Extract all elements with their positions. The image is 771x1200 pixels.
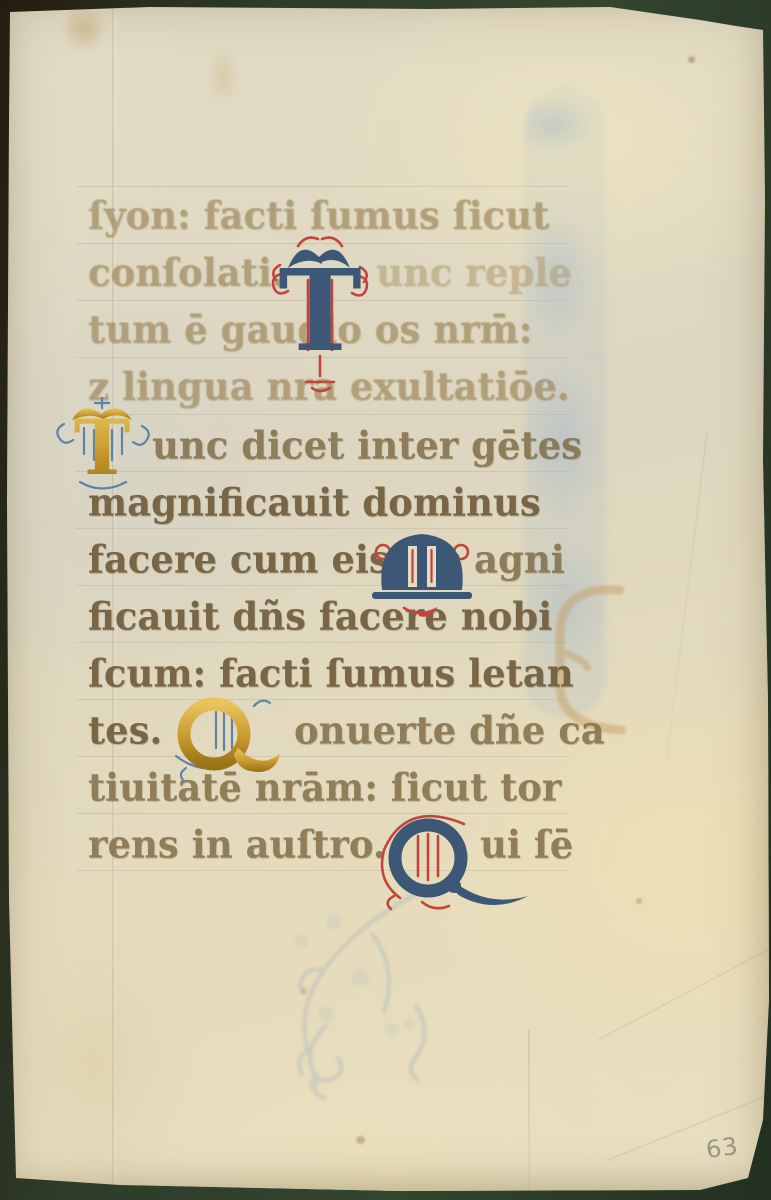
text-line-2: conſolati. [88,245,285,299]
text-line-12: rens in auſtro. [88,817,386,871]
text-line-6: magnificauit dominus [88,475,541,529]
text-segment: tes. [88,707,162,753]
text-line-9: ſcum: facti ſumus letan [88,646,574,700]
crease [528,1030,530,1200]
illuminated-initial-T-gold: T [50,392,154,496]
text-segment: ficauit dñs facere nobi [88,593,552,639]
text-line-7: facere cum eis. [88,532,403,586]
initial-letter-glyph: C [214,749,215,750]
crease [666,431,708,759]
manuscript-page: ſyon: facti ſumus ſicut conſolati. unc r… [0,0,771,1200]
initial-letter [381,534,462,590]
text-line-7b: agni [474,532,565,586]
text-segment: facere cum eis. [88,536,403,582]
stain [60,4,108,52]
illuminated-initial-T-blue: T [266,230,374,400]
illuminated-initial-M-blue: M [370,522,474,616]
folio-number: 63 [704,1132,740,1164]
text-segment: tiuitatē nrām: ſicut tor [88,764,561,810]
text-line-10: tes. [88,703,162,757]
stain [206,44,240,108]
text-segment: onuerte dñe ca [294,707,605,753]
crease [598,931,771,1041]
text-segment: unc dicet inter gētes [152,422,582,468]
stain [636,898,642,904]
text-line-10b: onuerte dñe ca [294,703,605,757]
initial-letter-glyph: T [74,403,131,492]
stain [0,930,190,1200]
show-through-floral-spray [268,878,468,1108]
illuminated-initial-Q-blue: Q [366,810,536,912]
photo-backdrop: ſyon: facti ſumus ſicut conſolati. unc r… [0,0,771,1200]
initial-letter-glyph: T [278,246,361,377]
text-segment: conſolati. [88,249,285,295]
text-segment: agni [474,536,565,582]
text-segment: unc reple [376,249,572,295]
text-line-2b: unc reple [376,245,572,299]
text-segment: magnificauit dominus [88,479,541,525]
text-line-5: unc dicet inter gētes [152,418,582,472]
text-line-11: tiuitatē nrām: ſicut tor [88,760,561,814]
stain [300,988,307,995]
stain [356,1136,365,1144]
crease [607,1085,771,1162]
illuminated-initial-C-gold: C [168,690,292,784]
text-segment: rens in auſtro. [88,821,386,867]
text-segment: ſcum: facti ſumus letan [88,650,574,696]
stain [688,56,695,63]
text-line-8: ficauit dñs facere nobi [88,589,552,643]
